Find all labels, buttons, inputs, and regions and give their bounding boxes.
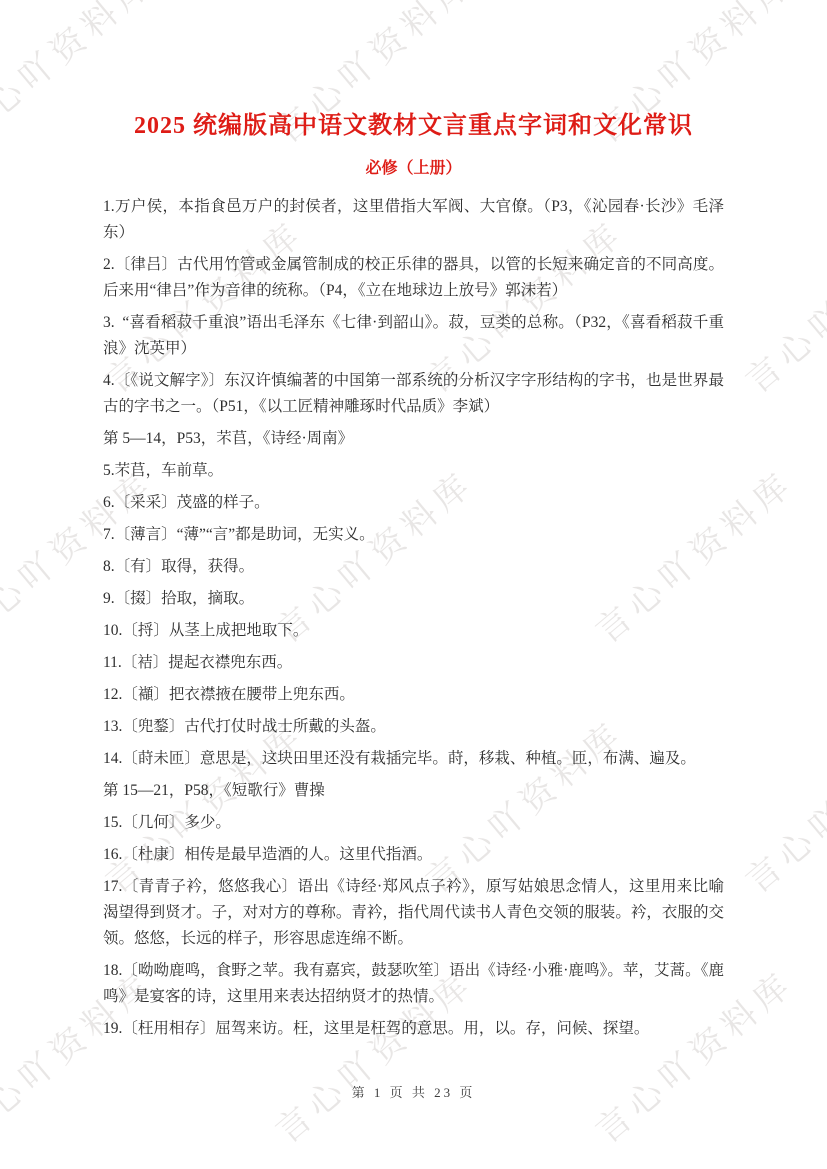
list-item: 6.〔采采〕茂盛的样子。 xyxy=(103,490,724,516)
document-page: 言心吖资料库言心吖资料库言心吖资料库言心吖资料库言心吖资料库言心吖资料库言心吖资… xyxy=(0,0,827,1169)
list-item: 7.〔薄言〕“薄”“言”都是助词，无实义。 xyxy=(103,522,724,548)
list-item: 10.〔捋〕从茎上成把地取下。 xyxy=(103,618,724,644)
list-item: 11.〔袺〕提起衣襟兜东西。 xyxy=(103,650,724,676)
watermark-text: 言心吖资料库 xyxy=(733,707,827,903)
page-footer: 第 1 页 共 23 页 xyxy=(0,1082,827,1101)
list-item: 12.〔襭〕把衣襟掖在腰带上兜东西。 xyxy=(103,682,724,708)
list-item: 5.芣苢，车前草。 xyxy=(103,458,724,484)
list-item: 1.万户侯，本指食邑万户的封侯者，这里借指大军阀、大官僚。（P3，《沁园春·长沙… xyxy=(103,194,724,246)
list-item: 18.〔呦呦鹿鸣，食野之苹。我有嘉宾，鼓瑟吹笙〕语出《诗经·小雅·鹿鸣》。苹，艾… xyxy=(103,958,724,1010)
page-title: 2025 统编版高中语文教材文言重点字词和文化常识 xyxy=(103,108,724,144)
section-header: 第 15—21，P58，《短歌行》曹操 xyxy=(103,778,724,804)
list-item: 15.〔几何〕多少。 xyxy=(103,810,724,836)
list-item: 2.〔律吕〕古代用竹管或金属管制成的校正乐律的器具，以管的长短来确定音的不同高度… xyxy=(103,252,724,304)
list-item: 3. “喜看稻菽千重浪”语出毛泽东《七律·到韶山》。菽，豆类的总称。（P32，《… xyxy=(103,310,724,362)
list-item: 17.〔青青子衿，悠悠我心〕语出《诗经·郑风点子衿》，原写姑娘思念情人，这里用来… xyxy=(103,874,724,952)
list-item: 14.〔莳未匝〕意思是，这块田里还没有栽插完毕。莳，移栽、种植。匝，布满、遍及。 xyxy=(103,746,724,772)
document-content: 2025 统编版高中语文教材文言重点字词和文化常识 必修（上册） 1.万户侯，本… xyxy=(103,0,724,1048)
document-body: 1.万户侯，本指食邑万户的封侯者，这里借指大军阀、大官僚。（P3，《沁园春·长沙… xyxy=(103,194,724,1042)
list-item: 16.〔杜康〕相传是最早造酒的人。这里代指酒。 xyxy=(103,842,724,868)
section-header: 第 5—14，P53，芣苢，《诗经·周南》 xyxy=(103,426,724,452)
list-item: 4.〔《说文解字》〕东汉许慎编著的中国第一部系统的分析汉字字形结构的字书，也是世… xyxy=(103,368,724,420)
watermark-text: 言心吖资料库 xyxy=(733,207,827,403)
list-item: 9.〔掇〕拾取，摘取。 xyxy=(103,586,724,612)
list-item: 8.〔有〕取得，获得。 xyxy=(103,554,724,580)
section-subtitle: 必修（上册） xyxy=(103,158,724,180)
list-item: 13.〔兜鍪〕古代打仗时战士所戴的头盔。 xyxy=(103,714,724,740)
list-item: 19.〔枉用相存〕屈驾来访。枉，这里是枉驾的意思。用，以。存，问候、探望。 xyxy=(103,1016,724,1042)
